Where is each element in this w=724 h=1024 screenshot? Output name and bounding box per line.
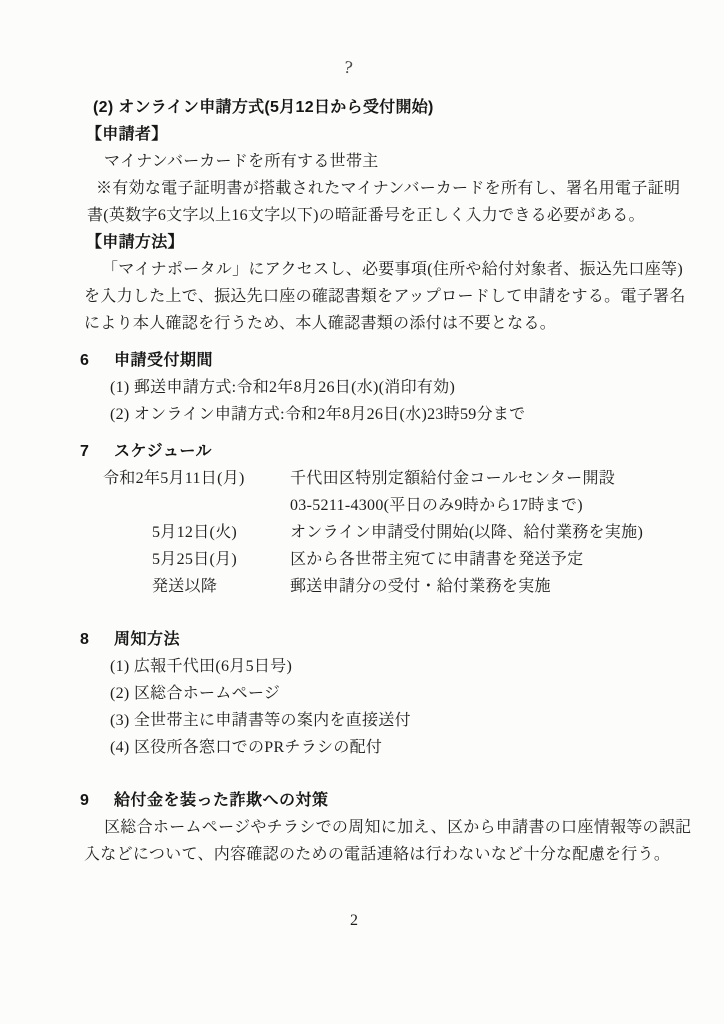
- scanned-document-page: ? (2) オンライン申請方式(5月12日から受付開始) 【申請者】 マイナンバ…: [0, 0, 724, 1024]
- applicant-label: 【申請者】: [84, 121, 654, 148]
- schedule-row: 発送以降 郵送申請分の受付・給付業務を実施: [84, 573, 654, 600]
- schedule-desc-phone: 03-5211-4300(平日のみ9時から17時まで): [290, 492, 615, 519]
- schedule-row: 令和2年5月11日(月) 千代田区特別定額給付金コールセンター開設 03-521…: [84, 465, 654, 519]
- method-line: を入力した上で、振込先口座の確認書類をアップロードして申請をする。電子署名: [84, 283, 654, 310]
- schedule-date: 令和2年5月11日(月): [103, 465, 290, 492]
- schedule-desc: オンライン申請受付開始(以降、給付業務を実施): [290, 519, 643, 546]
- section-9-body-line: 入などについて、内容確認のための電話連絡は行わないなど十分な配慮を行う。: [84, 841, 654, 868]
- section-8-item: (1) 広報千代田(6月5日号): [84, 653, 654, 680]
- applicant-line: 書(英数字6文字以上16文字以下)の暗証番号を正しく入力できる必要がある。: [84, 202, 654, 229]
- online-method-heading: (2) オンライン申請方式(5月12日から受付開始): [84, 94, 654, 121]
- section-6-item: (1) 郵送申請方式:令和2年8月26日(水)(消印有効): [84, 374, 654, 401]
- schedule-desc-group: 千代田区特別定額給付金コールセンター開設 03-5211-4300(平日のみ9時…: [290, 465, 615, 519]
- schedule-date: 5月25日(月): [103, 546, 290, 573]
- section-7-title: スケジュール: [114, 443, 212, 460]
- section-6-number: 6: [80, 347, 114, 374]
- online-method-block: (2) オンライン申請方式(5月12日から受付開始) 【申請者】 マイナンバーカ…: [84, 94, 654, 337]
- schedule-date: 発送以降: [103, 573, 290, 600]
- section-6-title: 申請受付期間: [114, 352, 213, 369]
- schedule-date: 5月12日(火): [103, 519, 290, 546]
- section-9-number: 9: [80, 787, 114, 814]
- method-label: 【申請方法】: [84, 229, 654, 256]
- schedule-row: 5月25日(月) 区から各世帯主宛てに申請書を発送予定: [84, 546, 654, 573]
- section-8-heading: 8周知方法: [80, 626, 654, 653]
- section-9-title: 給付金を装った詐欺への対策: [114, 792, 329, 809]
- section-application-period: 6申請受付期間 (1) 郵送申請方式:令和2年8月26日(水)(消印有効) (2…: [84, 347, 654, 428]
- section-schedule: 7スケジュール 令和2年5月11日(月) 千代田区特別定額給付金コールセンター開…: [84, 438, 654, 600]
- schedule-row: 5月12日(火) オンライン申請受付開始(以降、給付業務を実施): [84, 519, 654, 546]
- schedule-desc: 千代田区特別定額給付金コールセンター開設: [290, 465, 615, 492]
- section-9-heading: 9給付金を装った詐欺への対策: [80, 787, 654, 814]
- section-fraud-countermeasures: 9給付金を装った詐欺への対策 区総合ホームページやチラシでの周知に加え、区から申…: [84, 787, 654, 868]
- section-8-item: (4) 区役所各窓口でのPRチラシの配付: [84, 734, 654, 761]
- section-9-body-line: 区総合ホームページやチラシでの周知に加え、区から申請書の口座情報等の誤記: [84, 814, 654, 841]
- applicant-line: マイナンバーカードを所有する世帯主: [84, 148, 654, 175]
- method-line: 「マイナポータル」にアクセスし、必要事項(住所や給付対象者、振込先口座等): [84, 256, 654, 283]
- schedule-desc: 区から各世帯主宛てに申請書を発送予定: [290, 546, 583, 573]
- section-8-title: 周知方法: [114, 631, 180, 648]
- section-7-number: 7: [80, 438, 114, 465]
- section-6-item: (2) オンライン申請方式:令和2年8月26日(水)23時59分まで: [84, 401, 654, 428]
- applicant-line: ※有効な電子証明書が搭載されたマイナンバーカードを所有し、署名用電子証明: [84, 175, 654, 202]
- section-8-item: (2) 区総合ホームページ: [84, 680, 654, 707]
- section-6-heading: 6申請受付期間: [80, 347, 654, 374]
- page-number: 2: [350, 912, 359, 930]
- section-8-item: (3) 全世帯主に申請書等の案内を直接送付: [84, 707, 654, 734]
- document-content: (2) オンライン申請方式(5月12日から受付開始) 【申請者】 マイナンバーカ…: [0, 0, 724, 868]
- section-8-number: 8: [80, 626, 114, 653]
- section-publicity: 8周知方法 (1) 広報千代田(6月5日号) (2) 区総合ホームページ (3)…: [84, 626, 654, 761]
- section-7-heading: 7スケジュール: [80, 438, 654, 465]
- method-line: により本人確認を行うため、本人確認書類の添付は不要となる。: [84, 310, 654, 337]
- schedule-desc: 郵送申請分の受付・給付業務を実施: [290, 573, 551, 600]
